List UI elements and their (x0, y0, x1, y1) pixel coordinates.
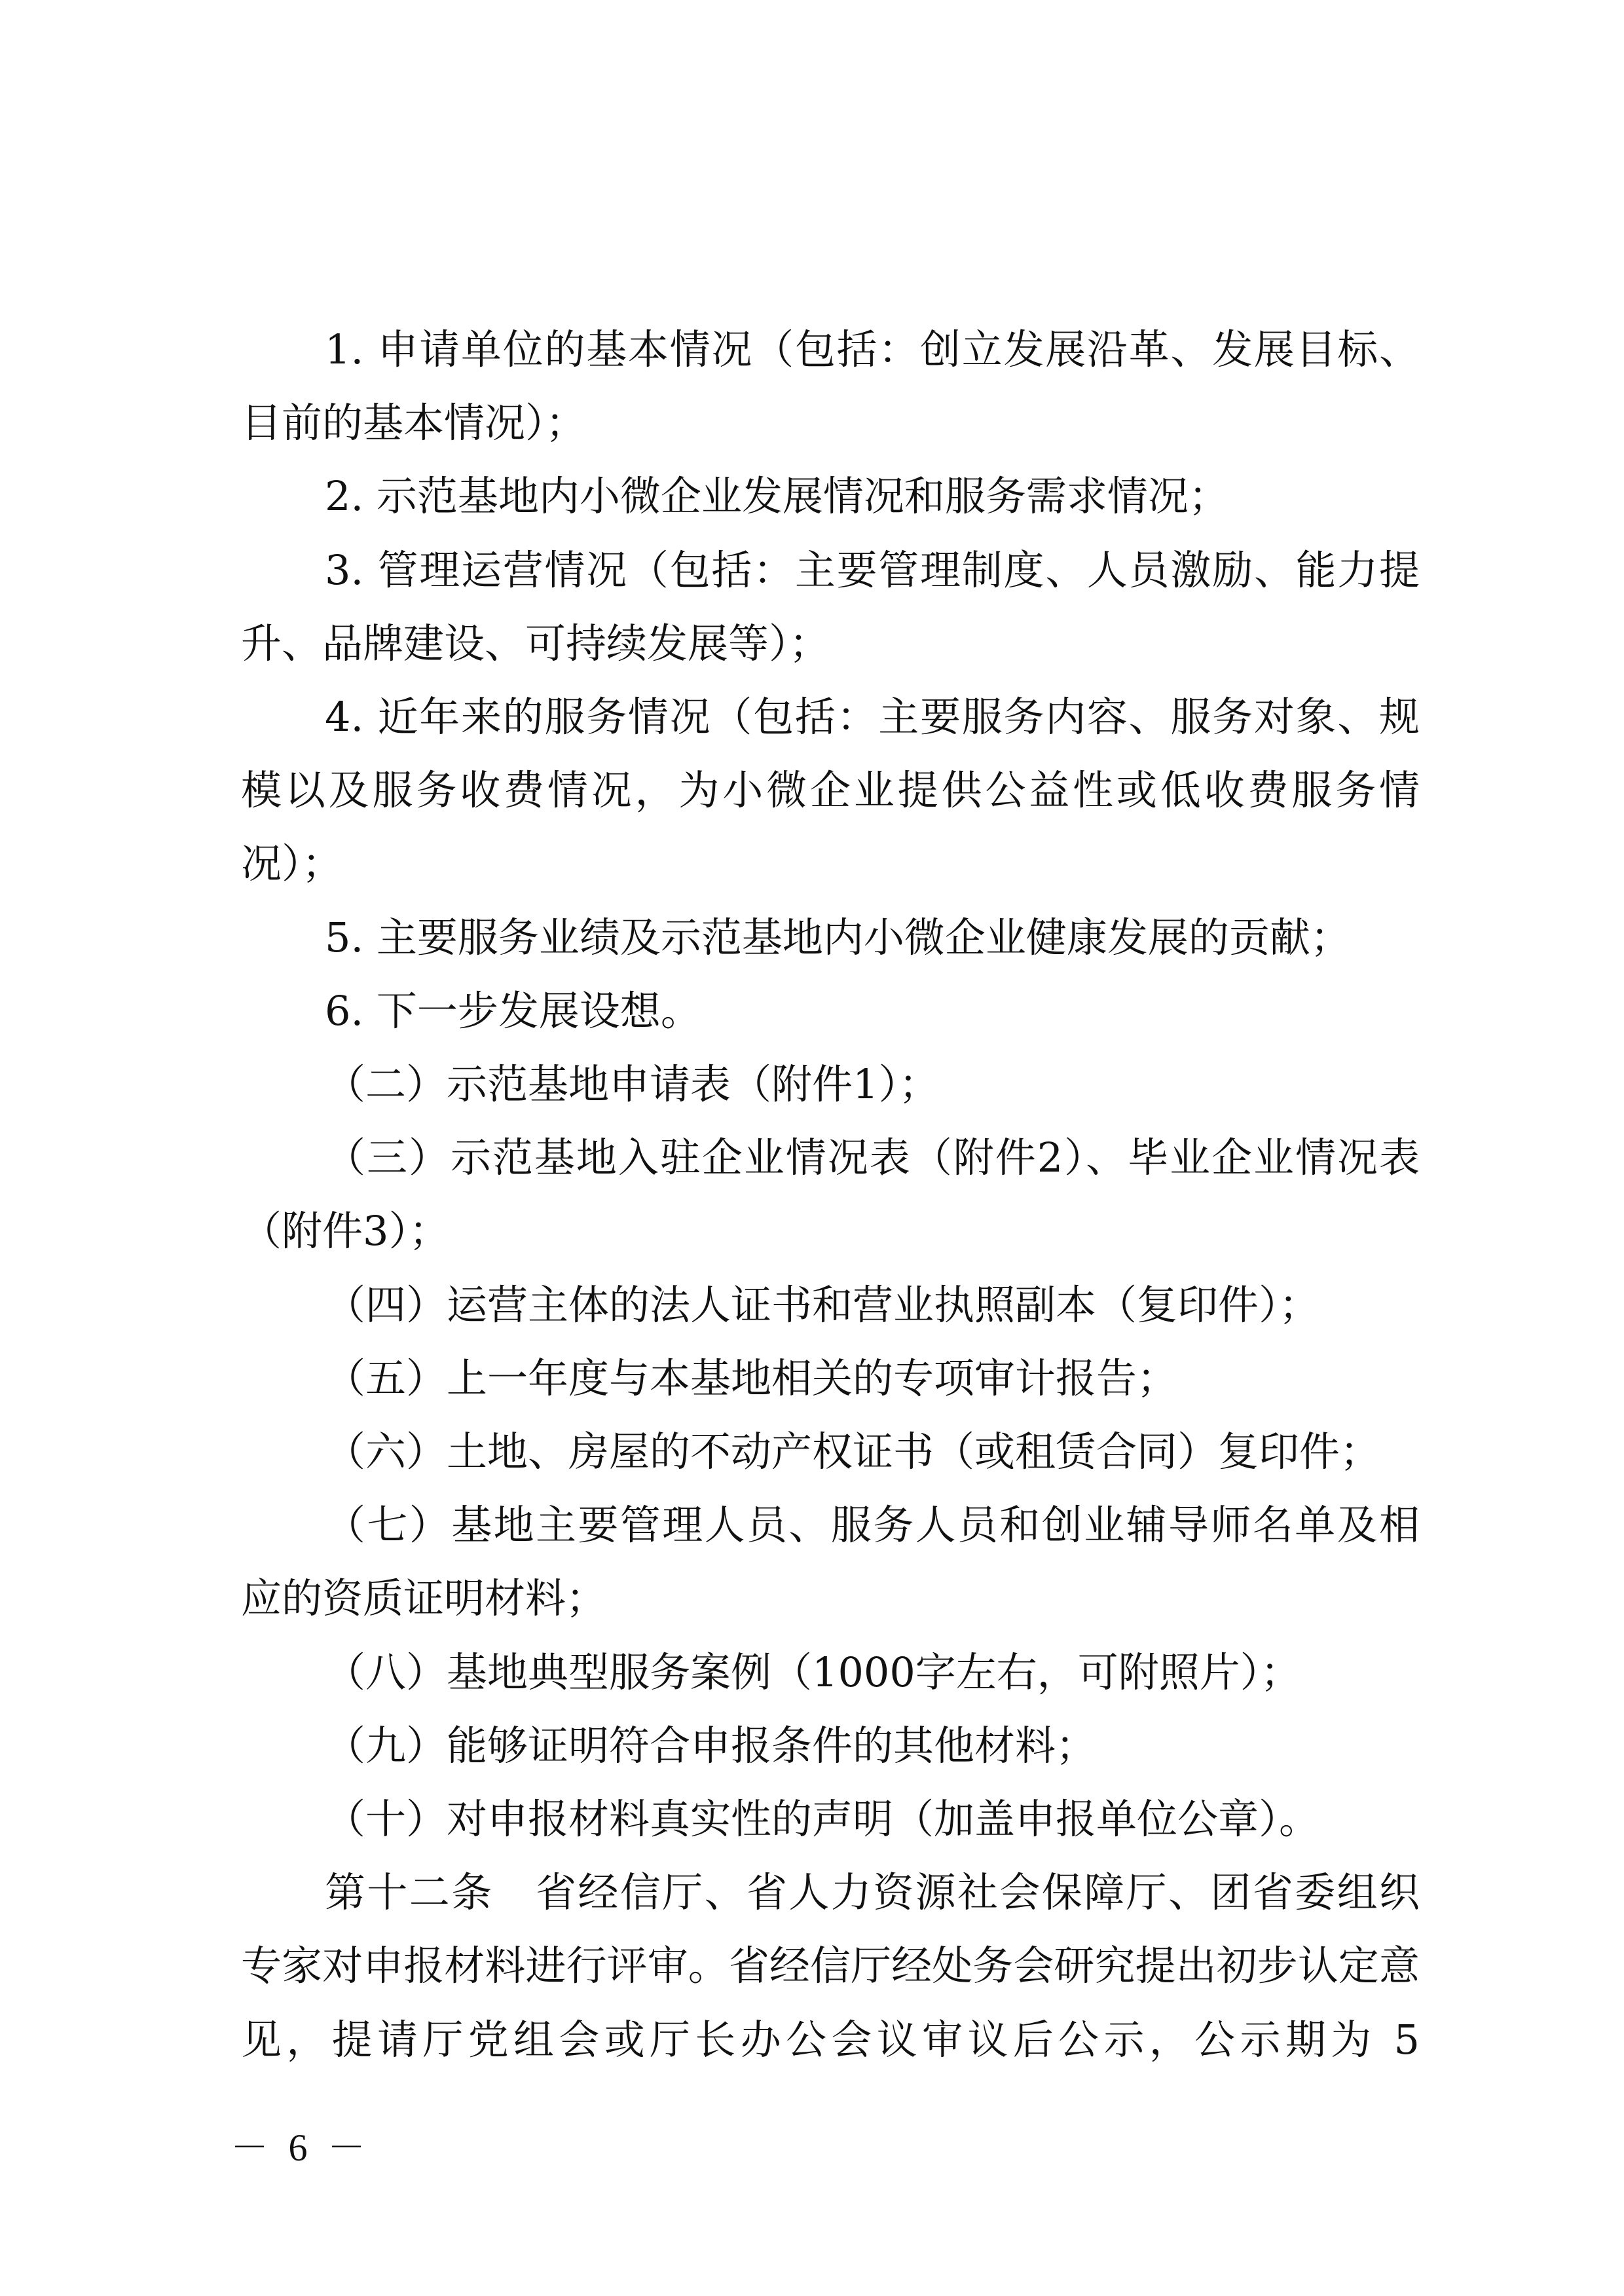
paragraph-section-6-property-certificates: （六）土地、房屋的不动产权证书（或租赁合同）复印件； (241, 1415, 1420, 1489)
paragraph-item-1-basic-info: 1. 申请单位的基本情况（包括：创立发展沿革、发展目标、目前的基本情况）； (241, 313, 1420, 460)
paragraph-item-2-enterprise-development: 2. 示范基地内小微企业发展情况和服务需求情况； (241, 460, 1420, 533)
paragraph-section-9-other-materials: （九）能够证明符合申报条件的其他材料； (241, 1709, 1420, 1783)
paragraph-item-5-achievements: 5. 主要服务业绩及示范基地内小微企业健康发展的贡献； (241, 901, 1420, 974)
paragraph-item-3-management-operation: 3. 管理运营情况（包括：主要管理制度、人员激励、能力提升、品牌建设、可持续发展… (241, 534, 1420, 680)
page-number: － 6 － (231, 2117, 371, 2172)
paragraph-section-8-service-cases: （八）基地典型服务案例（1000字左右，可附照片）； (241, 1636, 1420, 1709)
paragraph-section-2-application-form: （二）示范基地申请表（附件1）； (241, 1048, 1420, 1121)
paragraph-item-4-service-status: 4. 近年来的服务情况（包括：主要服务内容、服务对象、规模以及服务收费情况，为小… (241, 680, 1420, 901)
paragraph-section-4-legal-certificates: （四）运营主体的法人证书和营业执照副本（复印件）； (241, 1268, 1420, 1342)
paragraph-section-5-audit-report: （五）上一年度与本基地相关的专项审计报告； (241, 1342, 1420, 1415)
document-body: 1. 申请单位的基本情况（包括：创立发展沿革、发展目标、目前的基本情况）； 2.… (241, 313, 1420, 2077)
paragraph-section-10-authenticity-statement: （十）对申报材料真实性的声明（加盖申报单位公章）。 (241, 1783, 1420, 1856)
paragraph-article-12-review: 第十二条 省经信厅、省人力资源社会保障厅、团省委组织专家对申报材料进行评审。省经… (241, 1856, 1420, 2077)
paragraph-section-3-enterprise-tables: （三）示范基地入驻企业情况表（附件2）、毕业企业情况表（附件3）； (241, 1121, 1420, 1268)
paragraph-section-7-staff-list: （七）基地主要管理人员、服务人员和创业辅导师名单及相应的资质证明材料； (241, 1489, 1420, 1635)
paragraph-item-6-next-steps: 6. 下一步发展设想。 (241, 974, 1420, 1048)
document-page: 1. 申请单位的基本情况（包括：创立发展沿革、发展目标、目前的基本情况）； 2.… (0, 0, 1624, 2296)
